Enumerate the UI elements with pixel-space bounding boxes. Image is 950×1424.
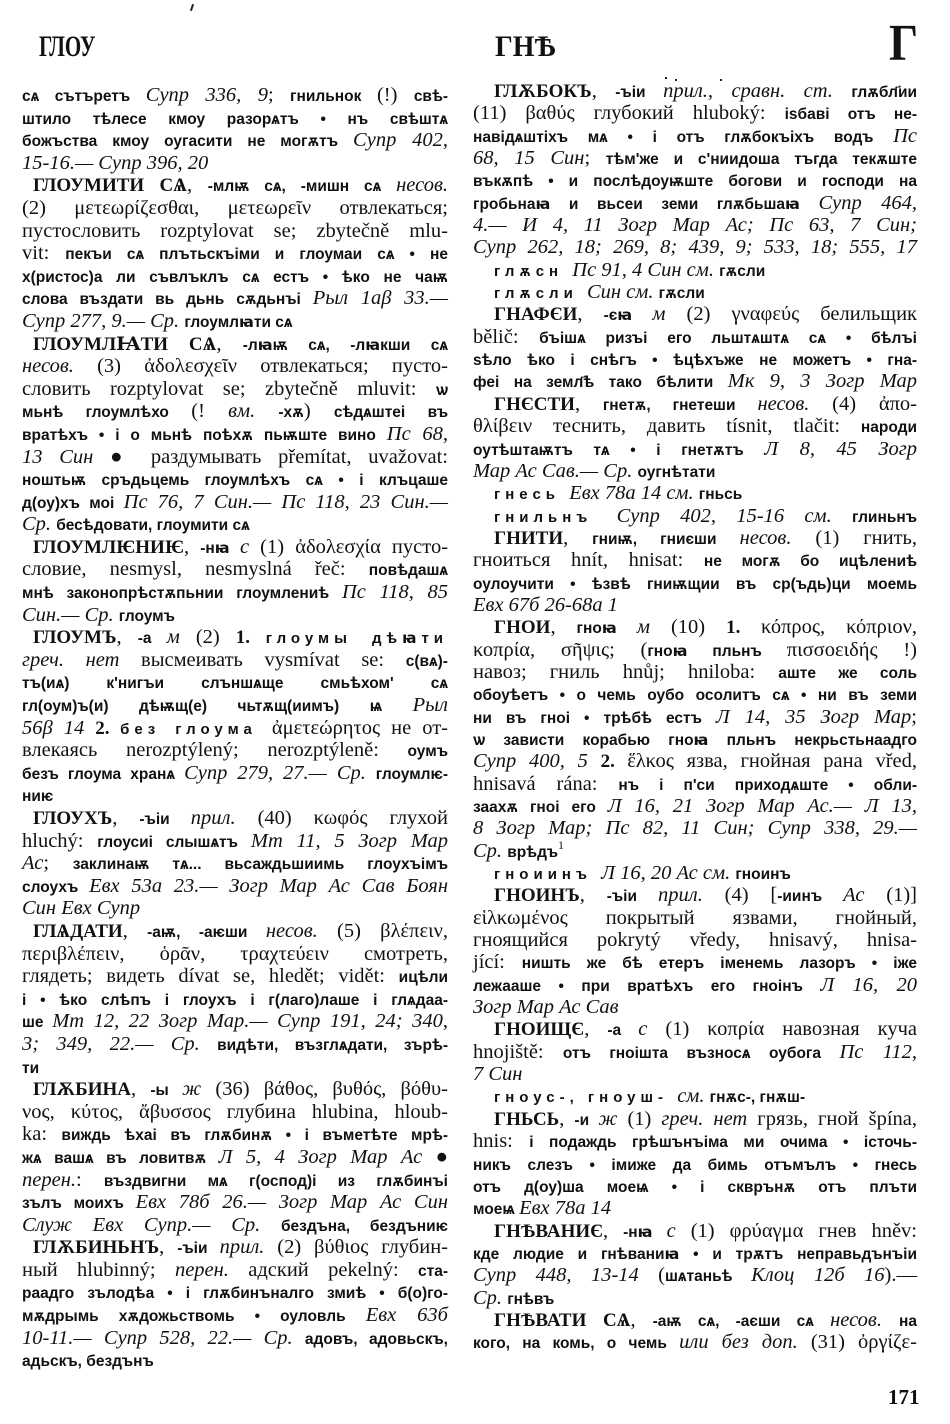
text-line: hnis: і подаждь грѣшънъіма ми очима • іс…: [473, 1130, 917, 1152]
ocs-text: оулоучити • ѣзвѣ гниѭщии въ ср(ъдь)ци мо…: [473, 576, 917, 593]
ocs-text: ѡ зависти корабью гноꙗ пльнъ некрьстьнаа…: [473, 732, 917, 749]
citation-text: Евх 78а 14 см.: [569, 482, 699, 504]
text-line: греч. нет высмеивать vysmívat se: с(вѧ)-: [22, 649, 448, 672]
gloss-text: ka:: [22, 1123, 61, 1145]
ocs-text: оугнѣтати: [637, 464, 715, 481]
entry-start-line: ГЛОУХЪ, -ъіи прил. (40) κωφός глухой: [22, 807, 448, 830]
gloss-text: ;: [43, 852, 72, 874]
headword: ГНЬСЬ: [494, 1109, 559, 1130]
citation-text: Супр 279, 27.— Ср.: [184, 762, 376, 784]
citation-text: несов.: [740, 527, 816, 549]
citation-text: Син.— Ср.: [22, 604, 119, 626]
gloss-text: ,: [592, 80, 616, 102]
section-letter: Г: [889, 18, 918, 70]
ocs-text: х(ристос)а ли съвлъклъ сѧ естъ • ѣко не …: [22, 269, 448, 286]
citation-text: Л 8, 45 Зогр: [764, 438, 917, 460]
text-line: слоухъ Евх 53а 23.— Зогр Мар Ас Сав Боян: [22, 875, 448, 898]
ocs-text: ништь же бѣ етеръ іменемь лазоръ • іже: [522, 955, 917, 972]
text-line: Син Евх Супр: [22, 897, 448, 920]
gloss-text: ,: [187, 174, 208, 196]
entry-start-line: ГЛѪБИНА, -ы ж (36) βάθος, βυθός, βόθυ-: [22, 1078, 448, 1101]
ocs-text: заахѫ гноі его: [473, 799, 608, 816]
headword: ГНЄСТИ: [494, 394, 575, 415]
gloss-text: περιβλέπειν, ὁρᾶν, τραχτεύειν смотреть,: [22, 943, 448, 965]
gloss-text: (1) гнить,: [815, 527, 917, 549]
ocs-text: феі на земл҃ѣ тако бѣлити: [473, 374, 728, 391]
citation-text: Син Евх Супр: [22, 897, 140, 919]
citation-text: Рыл 1аβ 33.—: [313, 287, 448, 309]
entry-start-line: гнильнъ Супр 402, 15-16 см. глиньнъ: [473, 505, 917, 527]
ocs-text: слова въздати вь дьнь сѫдьнъі: [22, 291, 313, 308]
ocs-text: вратѣхъ • і о мьнѣ поѣхѫ пьѭште вино: [22, 427, 387, 444]
scan-mark: [190, 4, 194, 11]
headword: ГНАФЄИ: [494, 304, 577, 325]
ocs-text: оумъ: [408, 743, 448, 760]
citation-text: 15-16.— Супр 396, 20: [22, 152, 208, 174]
citation-text: Рыл: [413, 694, 448, 716]
gloss-text: (31) ὀργίζε-: [811, 1331, 917, 1353]
ocs-text: свѣ-: [414, 88, 448, 105]
text-line: Супр 277, 9.— Ср. глоумлꙗти сѧ: [22, 310, 448, 333]
entry-start-line: ГЛОУМЛѤНИѤ, -нꙗ с (1) ἀδολεσχία пусто-: [22, 536, 448, 559]
citation-text: Клоц 12б 16: [751, 1264, 884, 1286]
ocs-text: бъішѧ ризъі его льштѧштѧ сѧ • бѣлъі: [539, 330, 917, 347]
ocs-text: на: [899, 1313, 917, 1330]
text-line: ти: [22, 1056, 448, 1079]
citation-text: м: [652, 303, 686, 325]
citation-text: Ср.: [22, 513, 56, 535]
text-line: отъ д(оу)ша моеѩ • і скврънѫ отъ плъти: [473, 1175, 917, 1197]
ocs-text: пекъи сѧ плътьскъіми и глоумаи сѧ • не: [65, 246, 448, 263]
text-line: Служ Евх Супр.— Ср. бездъна, бездъниѥ: [22, 1214, 448, 1237]
text-line: влекаясь nerozptýlený; nerozptýleně: оум…: [22, 739, 448, 762]
ocs-text: глоусиі слышѧтъ: [97, 834, 251, 851]
gloss-text: κοπρία, σῆψις; (: [473, 639, 647, 661]
text-line: мѫдрымь хѫдожьствомь • оуловль Евх 63б: [22, 1304, 448, 1327]
citation-text: Л 5, 4 Зогр Мар Ас: [219, 1146, 436, 1168]
gloss-text: :: [76, 1169, 104, 1191]
entry-start-line: ГЛОУМЛꙖТИ СѦ, -лꙗѭ сѧ, -лꙗкши сѧ: [22, 333, 448, 356]
headword: ГЛѪБОКЪ: [494, 81, 592, 102]
ocs-text: тъ(иѧ) к'нигъи слъншѧще смьѣхом' сѧ: [22, 675, 448, 692]
text-line: несов. (3) ἀδολεσχεῖν отвлекаться; пусто…: [22, 355, 448, 378]
gloss-text: ;: [584, 147, 605, 169]
scan-speck: [665, 77, 667, 79]
ocs-text: і подаждь грѣшънъіма ми очима • істочь-: [529, 1134, 917, 1151]
ocs-text: ѡ: [436, 382, 448, 399]
ocs-text: въкѫпѣ • и послѣдоуѭште богови и господи…: [473, 173, 917, 190]
entry-start-line: глѫсли Син см. гѫсли: [473, 281, 917, 303]
text-line: заахѫ гноі его Л 16, 21 Зогр Мар Ас.— Л …: [473, 795, 917, 817]
ocs-text: -ъіи: [139, 811, 190, 828]
citation-text: Пс 118, 85: [342, 581, 448, 603]
entry-start-line: ГНЬСЬ, -и ж (1) греч. нет грязь, гной šp…: [473, 1108, 917, 1130]
text-line: 68, 15 Син; тѣм'же и с'ниидоша тъгда тек…: [473, 147, 917, 169]
ocs-text: тѣм'же и с'ниидоша тъгда текѫште: [606, 151, 917, 168]
gloss-text: ,: [123, 920, 147, 942]
gloss-text: ●: [436, 1146, 448, 1168]
gloss-text: (2) μετεωρίζεσθαι, μετεωρεῖν отвлекаться…: [22, 197, 448, 219]
ocs-text: адьскъ, бездънъ: [22, 1353, 154, 1370]
citation-text: Син см.: [587, 281, 659, 303]
ocs-text: ста-: [418, 1263, 448, 1280]
gloss-text: vit:: [22, 242, 65, 264]
ocs-spaced-lemma: глѫсн: [494, 263, 572, 280]
citation-text: несов.: [757, 393, 832, 415]
citation-text: Л 14, 35 Зогр Мар: [716, 706, 911, 728]
citation-text: Л 16, 21 Зогр Мар Ас.— Л 13,: [608, 795, 917, 817]
right-column: ГЛѪБОКЪ, -ъіи прил., сравн. ст. глѫбл҃ии…: [473, 80, 917, 1354]
headword: ГНОИНЪ: [494, 885, 580, 906]
gloss-text: навоз; гниль hnůj; hniloba:: [473, 661, 778, 683]
gloss-text: hnisavá rána:: [473, 773, 618, 795]
text-line: ный hlubinný; перен. адский pekelný: ста…: [22, 1259, 448, 1282]
text-line: безъ глоума хранѧ Супр 279, 27.— Ср. гло…: [22, 762, 448, 785]
ocs-text: -иинъ: [777, 888, 843, 905]
headword: ГЛОУМЪ: [33, 627, 117, 648]
entry-start-line: гнесь Евх 78а 14 см. гньсь: [473, 482, 917, 504]
gloss-text: ,: [112, 807, 139, 829]
gloss-text: (4) [: [725, 884, 778, 906]
text-line: vit: пекъи сѧ плътьскъіми и глоумаи сѧ •…: [22, 242, 448, 265]
text-line: і • ѣко слѣпъ і глоухъ і г(лаго)лаше і г…: [22, 988, 448, 1011]
ocs-spaced-lemma: гнильнъ: [494, 509, 617, 526]
headword: ГЛѦДАТИ: [33, 921, 123, 942]
citation-text: Мт 11, 5 Зогр Мар: [251, 830, 448, 852]
citation-text: см.: [677, 1085, 709, 1107]
gloss-text: высмеивать vysmívat se:: [141, 649, 406, 671]
ocs-text: гл(оум)ъ(и) дѣѭщ(е) чьтѫщ(иимъ) ѩ: [22, 698, 413, 715]
citation-text: Пс 68,: [387, 423, 448, 445]
citation-text: прил.: [220, 1236, 278, 1258]
citation-text: Л 16, 20: [820, 974, 917, 996]
citation-text: Супр 464,: [818, 192, 917, 214]
citation-text: несов.: [830, 1309, 899, 1331]
gloss-text: словие, nesmysl, nesmyslná řeč:: [22, 558, 369, 580]
headword: ГЛОУМЛѤНИѤ: [33, 537, 184, 558]
headword: ГЛѪБИНА: [33, 1079, 131, 1100]
citation-text: Супр 448, 13-14: [473, 1264, 658, 1286]
ocs-text: ни въ гноі • трѣбѣ естъ: [473, 710, 716, 727]
gloss-text: (2) γναφεύς белильщик: [687, 303, 918, 325]
entry-start-line: ГЛОУМЪ, -а м (2) 1. глоумы дѣꙗти: [22, 626, 448, 649]
citation-text: Пс: [893, 125, 917, 147]
text-line: hnojiště: отъ гноішта възносѧ оубога Пс …: [473, 1041, 917, 1063]
ocs-text: ниѥ: [22, 788, 53, 805]
entry-start-line: гноиинъ Л 16, 20 Ас см. гноинъ: [473, 862, 917, 884]
headword: ГНОИЩЄ: [494, 1019, 584, 1040]
dictionary-page: ГЛОУ ГНѢ Г сѧ сътъретъ Супр 336, 9; гнил…: [0, 0, 950, 1424]
gloss-text: κόπρος, κόπριον,: [761, 616, 917, 638]
entry-start-line: ГНЄСТИ, гнетѫ, гнетеши несов. (4) ἀπο-: [473, 393, 917, 415]
ocs-spaced-lemma: гноус-, гноуш-: [494, 1089, 677, 1106]
ocs-text: слоухъ: [22, 879, 89, 896]
citation-text: Ср.: [473, 1287, 507, 1309]
ocs-text: глоумлꙗти сѧ: [184, 314, 292, 331]
citation-text: Пс 112,: [839, 1041, 917, 1063]
gloss-text: ): [304, 400, 334, 422]
ocs-text: -хѫ: [278, 404, 303, 421]
ocs-text: іѕбаві отъ не-: [785, 106, 917, 123]
citation-text: Супр 402,: [353, 129, 448, 151]
ocs-text: мьнѣ глоумлѣхо: [22, 404, 191, 421]
text-line: вратѣхъ • і о мьнѣ поѣхѫ пьѭште вино Пс …: [22, 423, 448, 446]
ocs-text: -а: [138, 630, 167, 647]
headword: ГЛОУМИТИ СѦ: [33, 175, 187, 196]
citation-text: 4.— И 4, 11 Зогр Мар Ас; Пс 63, 7 Син;: [473, 214, 917, 236]
ocs-text: гробьнаꙗ и вьсеи земи глѫбьшаꙗ: [473, 196, 818, 213]
ocs-spaced-lemma: глѫсли: [494, 285, 587, 302]
entry-start-line: ГНАФЄИ, -єꙗ м (2) γναφεύς белильщик: [473, 303, 917, 325]
running-head-left: ГЛОУ: [39, 32, 95, 62]
gloss-text: словить rozptylovat se; zbytečně mluvit:: [22, 378, 436, 400]
ocs-text: -нꙗ: [623, 1224, 667, 1241]
citation-text: с: [667, 1220, 691, 1242]
headword: ГЛОУМЛꙖТИ СѦ: [33, 334, 216, 355]
ocs-text: въздвигни мѧ г(оспод)і из глѫбинъі: [104, 1173, 448, 1190]
gloss-text: глядеть; видеть dívat se, hledět; vidět:: [22, 965, 399, 987]
ocs-text: заклинаѭ тѧ... вьсаждьшиимь глоухъімъ: [73, 856, 448, 873]
gloss-text: hluchý:: [22, 830, 97, 852]
ocs-text: с(вѧ)-: [406, 653, 448, 670]
entry-start-line: ГНѢВАТИ СѦ, -аѭ сѧ, -аєши сѧ несов. на: [473, 1309, 917, 1331]
ocs-text: кде людие и гнѣваниꙗ • и трѫтъ неправьдъ…: [473, 1246, 917, 1263]
ocs-text: раадго зълодѣа • і глѫбинъналго змиѣ • б…: [22, 1285, 448, 1302]
running-head-center: ГНѢ: [495, 32, 556, 62]
text-line: кде людие и гнѣваниꙗ • и трѫтъ неправьдъ…: [473, 1242, 917, 1264]
citation-text: 8 Зогр Мар; Пс 82, 11 Син; Супр 338, 29.…: [473, 817, 917, 839]
text-line: Мар Ас Сав.— Ср. оугнѣтати: [473, 460, 917, 482]
text-line: гноиться hnít, hnisat: не могѫ бо ицѣлен…: [473, 549, 917, 571]
gloss-text: (!): [377, 84, 414, 106]
citation-text: вм.: [228, 400, 278, 422]
ocs-text: зълъ моихъ: [22, 1195, 136, 1212]
gloss-text: (2) βύθιος глубин-: [277, 1236, 448, 1258]
ocs-text: отъ гноішта възносѧ оубога: [563, 1045, 840, 1062]
citation-text: Ср.: [473, 840, 507, 862]
entry-start-line: глѫсн Пс 91, 4 Син см. гѫсли: [473, 259, 917, 281]
citation-text: Л 16, 20 Ас см.: [601, 862, 735, 884]
ocs-text: гниѭ, гниєши: [592, 531, 739, 548]
text-line: Ас; заклинаѭ тѧ... вьсаждьшиимь глоухъім…: [22, 852, 448, 875]
text-line: Ср. бесѣдовати, глоумити сѧ: [22, 513, 448, 536]
headword: ГНИТИ: [494, 528, 563, 549]
citation-text: 3; 349, 22.— Ср.: [22, 1033, 217, 1055]
ocs-text: ицѣли: [399, 969, 448, 986]
ocs-text: виждь ѣхаі въ глѫбинѫ • і въметѣте мрѣ-: [61, 1127, 448, 1144]
gloss-text: (1) κοπρία навозная куча: [665, 1018, 917, 1040]
text-line: мьнѣ глоумлѣхо (! вм. -хѫ) сѣдѧштеі въ: [22, 400, 448, 423]
citation-text: 7 Син: [473, 1063, 522, 1085]
citation-text: Зогр Мар Ас Сав: [473, 996, 619, 1018]
ocs-spaced-lemma: гнесь: [494, 486, 569, 503]
text-line: тъ(иѧ) к'нигъи слъншѧще смьѣхом' сѧ: [22, 671, 448, 694]
citation-text: несов.: [266, 920, 337, 942]
text-line: х(ристос)а ли съвлъклъ сѧ естъ • ѣко не …: [22, 265, 448, 288]
text-line: никъ слезъ • імиже да бимь отъмълъ • гне…: [473, 1153, 917, 1175]
headword: ГНОИ: [494, 617, 550, 638]
text-line: сѧ сътъретъ Супр 336, 9; гнильнок (!) св…: [22, 84, 448, 107]
ocs-text: -ъіи: [615, 84, 663, 101]
ocs-text: гнѣвъ: [507, 1291, 554, 1308]
text-line: перен.: въздвигни мѧ г(оспод)і из глѫбин…: [22, 1169, 448, 1192]
ocs-text: ѕѣло ѣко і снѣгъ • ѣцѣхъже не можетъ • г…: [473, 352, 917, 369]
text-line: κοπρία, σῆψις; (гноꙗ пльнъ πισσοειδής !): [473, 639, 917, 661]
gloss-text: ;: [268, 84, 290, 106]
text-line: (11) βαθύς глубокий hluboký: іѕбаві отъ …: [473, 102, 917, 124]
citation-text: Евх 78б 26.— Зогр Мар Ас Син: [136, 1191, 448, 1213]
gloss-text: адский pekelný:: [248, 1259, 418, 1281]
entry-start-line: ГЛѪБИНЬНЪ, -ъіи прил. (2) βύθιος глубин-: [22, 1236, 448, 1259]
ocs-text: не могѫ бо ицѣлениѣ: [704, 553, 917, 570]
text-line: кого, на комь, о чемь или без доп. (31) …: [473, 1331, 917, 1353]
ocs-text: гньсь: [699, 486, 743, 503]
ocs-text: божъства кмоу оугасити не могѫтъ: [22, 133, 353, 150]
gloss-text: (1): [627, 1108, 661, 1130]
ocs-text: сѣдѧштеі въ: [334, 404, 448, 421]
citation-text: ж: [598, 1108, 627, 1130]
gloss-text: (1) φρύαγμα гнев hněv:: [691, 1220, 917, 1242]
ocs-text: ти: [22, 1060, 39, 1077]
gloss-text: (2): [196, 626, 236, 648]
gloss-text: ἕλκος язва, гнойная рана vřed,: [627, 750, 917, 772]
citation-text: прил., сравн. ст.: [663, 80, 851, 102]
text-line: въкѫпѣ • и послѣдоуѭште богови и господи…: [473, 169, 917, 191]
ocs-text: -аѭ, -аѥши: [147, 924, 266, 941]
ocs-text: -ъіи: [177, 1240, 219, 1257]
text-line: штило тѣлесе кмоу разорѧтъ • нъ свѣштѧ: [22, 107, 448, 130]
text-line: hluchý: глоусиі слышѧтъ Мт 11, 5 Зогр Ма…: [22, 830, 448, 853]
gloss-text: влекаясь nerozptýlený; nerozptýleně:: [22, 739, 408, 761]
text-line: словие, nesmysl, nesmyslná řeč: повѣдашѧ: [22, 558, 448, 581]
ocs-text: глѫбл҃ии: [851, 84, 917, 101]
text-line: ѡ зависти корабью гноꙗ пльнъ некрьстьнаа…: [473, 728, 917, 750]
ocs-text: аште же соль: [778, 665, 917, 682]
gloss-text: (5) βλέπειν,: [337, 920, 448, 942]
ocs-text: гноинъ: [735, 866, 790, 883]
citation-text: Ас: [843, 884, 886, 906]
ocs-text: гнетѫ, гнетеши: [603, 397, 758, 414]
ocs-text: кого, на комь, о чемь: [473, 1335, 679, 1352]
citation-text: прил.: [191, 807, 258, 829]
ocs-text: глиньнъ: [852, 509, 917, 526]
citation-text: перен.: [22, 1169, 76, 1191]
text-line: раадго зълодѣа • і глѫбинъналго змиѣ • б…: [22, 1281, 448, 1304]
ocs-text: -ы: [150, 1082, 182, 1099]
citation-text: Евх 67б 26-68а 1: [473, 594, 618, 616]
citation-text: м: [167, 626, 196, 648]
citation-text: Евх 63б: [366, 1304, 448, 1326]
citation-text: несов.: [396, 174, 448, 196]
gloss-text: (3) ἀδολεσχεῖν отвлекаться; пусто-: [97, 355, 448, 377]
text-line: гноящийся pokrytý vředy, hnisavý, hnisa-: [473, 929, 917, 951]
headword: ГНѢВАТИ СѦ: [494, 1310, 630, 1331]
ocs-text: врѣдъ: [507, 844, 558, 861]
ocs-text: ше: [22, 1014, 52, 1031]
gloss-text: ● раздумывать přemítat, uvažovat:: [110, 446, 448, 468]
citation-text: Служ Евх Супр.— Ср.: [22, 1214, 281, 1236]
citation-text: Ас: [22, 852, 43, 874]
entry-start-line: ГЛОУМИТИ СѦ, -млѭ сѧ, -мишн сѧ несов.: [22, 174, 448, 197]
headword: ГЛОУХЪ: [33, 808, 112, 829]
gloss-text: hnojiště:: [473, 1041, 563, 1063]
ocs-text: шѧтаньѣ: [665, 1268, 751, 1285]
gloss-text: гноиться hnít, hnisat:: [473, 549, 704, 571]
ocs-text: гноꙗ: [577, 620, 637, 637]
gloss-text: ,: [216, 333, 242, 355]
ocs-text: отъ д(оу)ша моеѩ • і скврънѫ отъ плъти: [473, 1179, 917, 1196]
ocs-text: нъ і п'си приходѧште • обли-: [618, 777, 917, 794]
headword: ГНѢВАНИЄ: [494, 1221, 603, 1242]
citation-text: греч. нет: [22, 649, 141, 671]
gloss-text: ,: [630, 1309, 652, 1331]
citation-text: с: [638, 1018, 665, 1040]
text-line: Супр 400, 5 2. ἕλκος язва, гнойная рана …: [473, 750, 917, 772]
citation-text: 68, 15 Син: [473, 147, 584, 169]
text-line: (2) μετεωρίζεσθαι, μετεωρεῖν отвлекаться…: [22, 197, 448, 220]
gloss-text: ,: [184, 536, 200, 558]
gloss-text: ,: [575, 393, 603, 415]
text-line: εἱλκωμένος покрытый язвами, гнойный,: [473, 907, 917, 929]
ocs-text: оутѣштаѭтъ тѧ • і гнетѫтъ: [473, 442, 764, 459]
citation-text: греч. нет: [661, 1108, 757, 1130]
gloss-text: ный hlubinný;: [22, 1259, 175, 1281]
citation-text: 56β 14: [22, 717, 95, 739]
ocs-text: мѫдрымь хѫдожьствомь • оуловль: [22, 1308, 366, 1325]
ocs-text: бесѣдовати, глоумити сѧ: [56, 517, 250, 534]
text-line: 15-16.— Супр 396, 20: [22, 152, 448, 175]
text-line: Ср. врѣдъ1: [473, 840, 917, 862]
ocs-text: навідѧштіхъ мѧ • і отъ глѫбокъіхъ водъ: [473, 129, 893, 146]
text-line: ka: виждь ѣхаі въ глѫбинѫ • і въметѣте м…: [22, 1123, 448, 1146]
ocs-text: повѣдашѧ: [369, 562, 448, 579]
citation-text: или без доп.: [679, 1331, 811, 1353]
superscript-number: 1: [558, 838, 564, 852]
text-line: лежааше • при вратѣхъ его гноінъ Л 16, 2…: [473, 974, 917, 996]
text-line: моеѩ Евх 78а 14: [473, 1197, 917, 1219]
text-line: ше Мт 12, 22 Зогр Мар.— Супр 191, 24; 34…: [22, 1010, 448, 1033]
text-line: зълъ моихъ Евх 78б 26.— Зогр Мар Ас Син: [22, 1191, 448, 1214]
text-line: пустословить rozptylovat se; zbytečně ml…: [22, 220, 448, 243]
ocs-spaced-lemma: без глоума: [120, 721, 272, 738]
ocs-text: безъ глоума хранѧ: [22, 766, 184, 783]
text-line: глядеть; видеть dívat se, hledět; vidět:…: [22, 965, 448, 988]
sense-number: 2.: [95, 718, 120, 739]
gloss-text: εἱλκωμένος покрытый язвами, гнойный,: [473, 907, 917, 929]
citation-text: перен.: [175, 1259, 248, 1281]
text-line: ниѥ: [22, 784, 448, 807]
text-line: Ср. гнѣвъ: [473, 1287, 917, 1309]
gloss-text: ,: [131, 1078, 150, 1100]
citation-text: Пс 76, 7 Син.— Пс 118, 23 Син.—: [124, 491, 448, 513]
text-line: обоуѣетъ • о чемь оубо осолитъ сѧ • ни в…: [473, 683, 917, 705]
ocs-text: адовъ, адовьскъ,: [305, 1331, 448, 1348]
gloss-text: ,: [580, 884, 607, 906]
citation-text: Мк 9, 3 Зогр Мар: [728, 370, 917, 392]
text-line: адьскъ, бездънъ: [22, 1349, 448, 1372]
citation-text: 10-11.— Супр 528, 22.— Ср.: [22, 1327, 305, 1349]
text-line: словить rozptylovat se; zbytečně mluvit:…: [22, 378, 448, 401]
text-line: жѧ вашѧ въ ловитвѫ Л 5, 4 Зогр Мар Ас ●: [22, 1146, 448, 1169]
citation-text: Супр 262, 18; 269, 8; 439, 9; 533, 18; 5…: [473, 236, 917, 258]
citation-text: Пс 91, 4 Син см.: [572, 259, 719, 281]
gloss-text: ,: [550, 616, 576, 638]
ocs-text: гнильнок: [290, 88, 377, 105]
citation-text: Супр 402, 15-16 см.: [617, 505, 852, 527]
text-line: гробьнаꙗ и вьсеи земи глѫбьшаꙗ Супр 464,: [473, 192, 917, 214]
gloss-text: (: [658, 1264, 665, 1286]
text-line: 4.— И 4, 11 Зогр Мар Ас; Пс 63, 7 Син;: [473, 214, 917, 236]
